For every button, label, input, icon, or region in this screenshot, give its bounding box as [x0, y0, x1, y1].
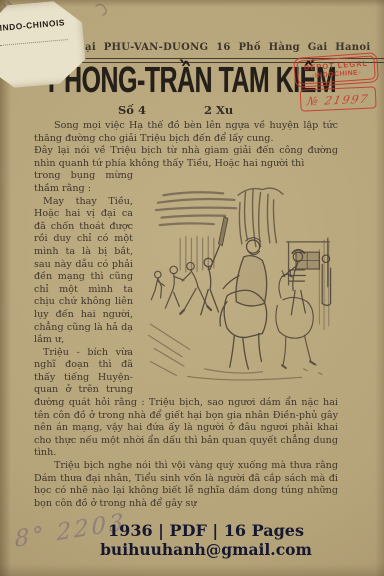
stamp-number: № 21997 — [306, 92, 370, 109]
watermark-info: 1936 | PDF | 16 Pages — [28, 521, 384, 540]
swordfight-scene-drawing — [142, 184, 338, 382]
stamp-number-box: № 21997 — [300, 86, 377, 111]
scanned-cover-page: INDO-CHINOIS ản tại PHU-VAN-DUONG 16 Phố… — [0, 0, 384, 576]
rider-on-horse — [220, 238, 267, 369]
paragraph: Triệu bịch nghe nói thì vội vàng quỳ xuố… — [34, 460, 338, 510]
price-label: 2 Xu — [204, 103, 233, 117]
woodcut-illustration — [136, 170, 338, 394]
library-sticker-label: INDO-CHINOIS — [0, 17, 65, 33]
pale-horse — [276, 271, 315, 368]
stamp-outer-border: DEPOT LEGAL ◦INDOCHINE◦ — [293, 52, 379, 88]
watermark-email: buihuuhanh@gmail.com — [28, 540, 384, 559]
issue-number: Số 4 — [118, 103, 146, 117]
ground-hatching — [148, 324, 322, 380]
sticker-dotted-line — [0, 39, 68, 46]
paragraph: Đây lại nói về Triệu bịch từ nhà giam gi… — [34, 145, 338, 170]
stamp-inner-border: DEPOT LEGAL ◦INDOCHINE◦ — [296, 55, 376, 84]
watermark: 1936 | PDF | 16 Pages buihuuhanh@gmail.c… — [0, 521, 384, 559]
depot-legal-stamp: DEPOT LEGAL ◦INDOCHINE◦ № 21997 — [293, 52, 381, 113]
story-text: Song mọi việc Hạ thế đồ bèn lên ngựa về … — [34, 120, 338, 510]
willow-tree — [238, 188, 283, 247]
imprint-line: ản tại PHU-VAN-DUONG 16 Phố Hàng Gai Han… — [58, 42, 370, 53]
paragraph: Song mọi việc Hạ thế đồ bèn lên ngựa về … — [34, 120, 338, 145]
